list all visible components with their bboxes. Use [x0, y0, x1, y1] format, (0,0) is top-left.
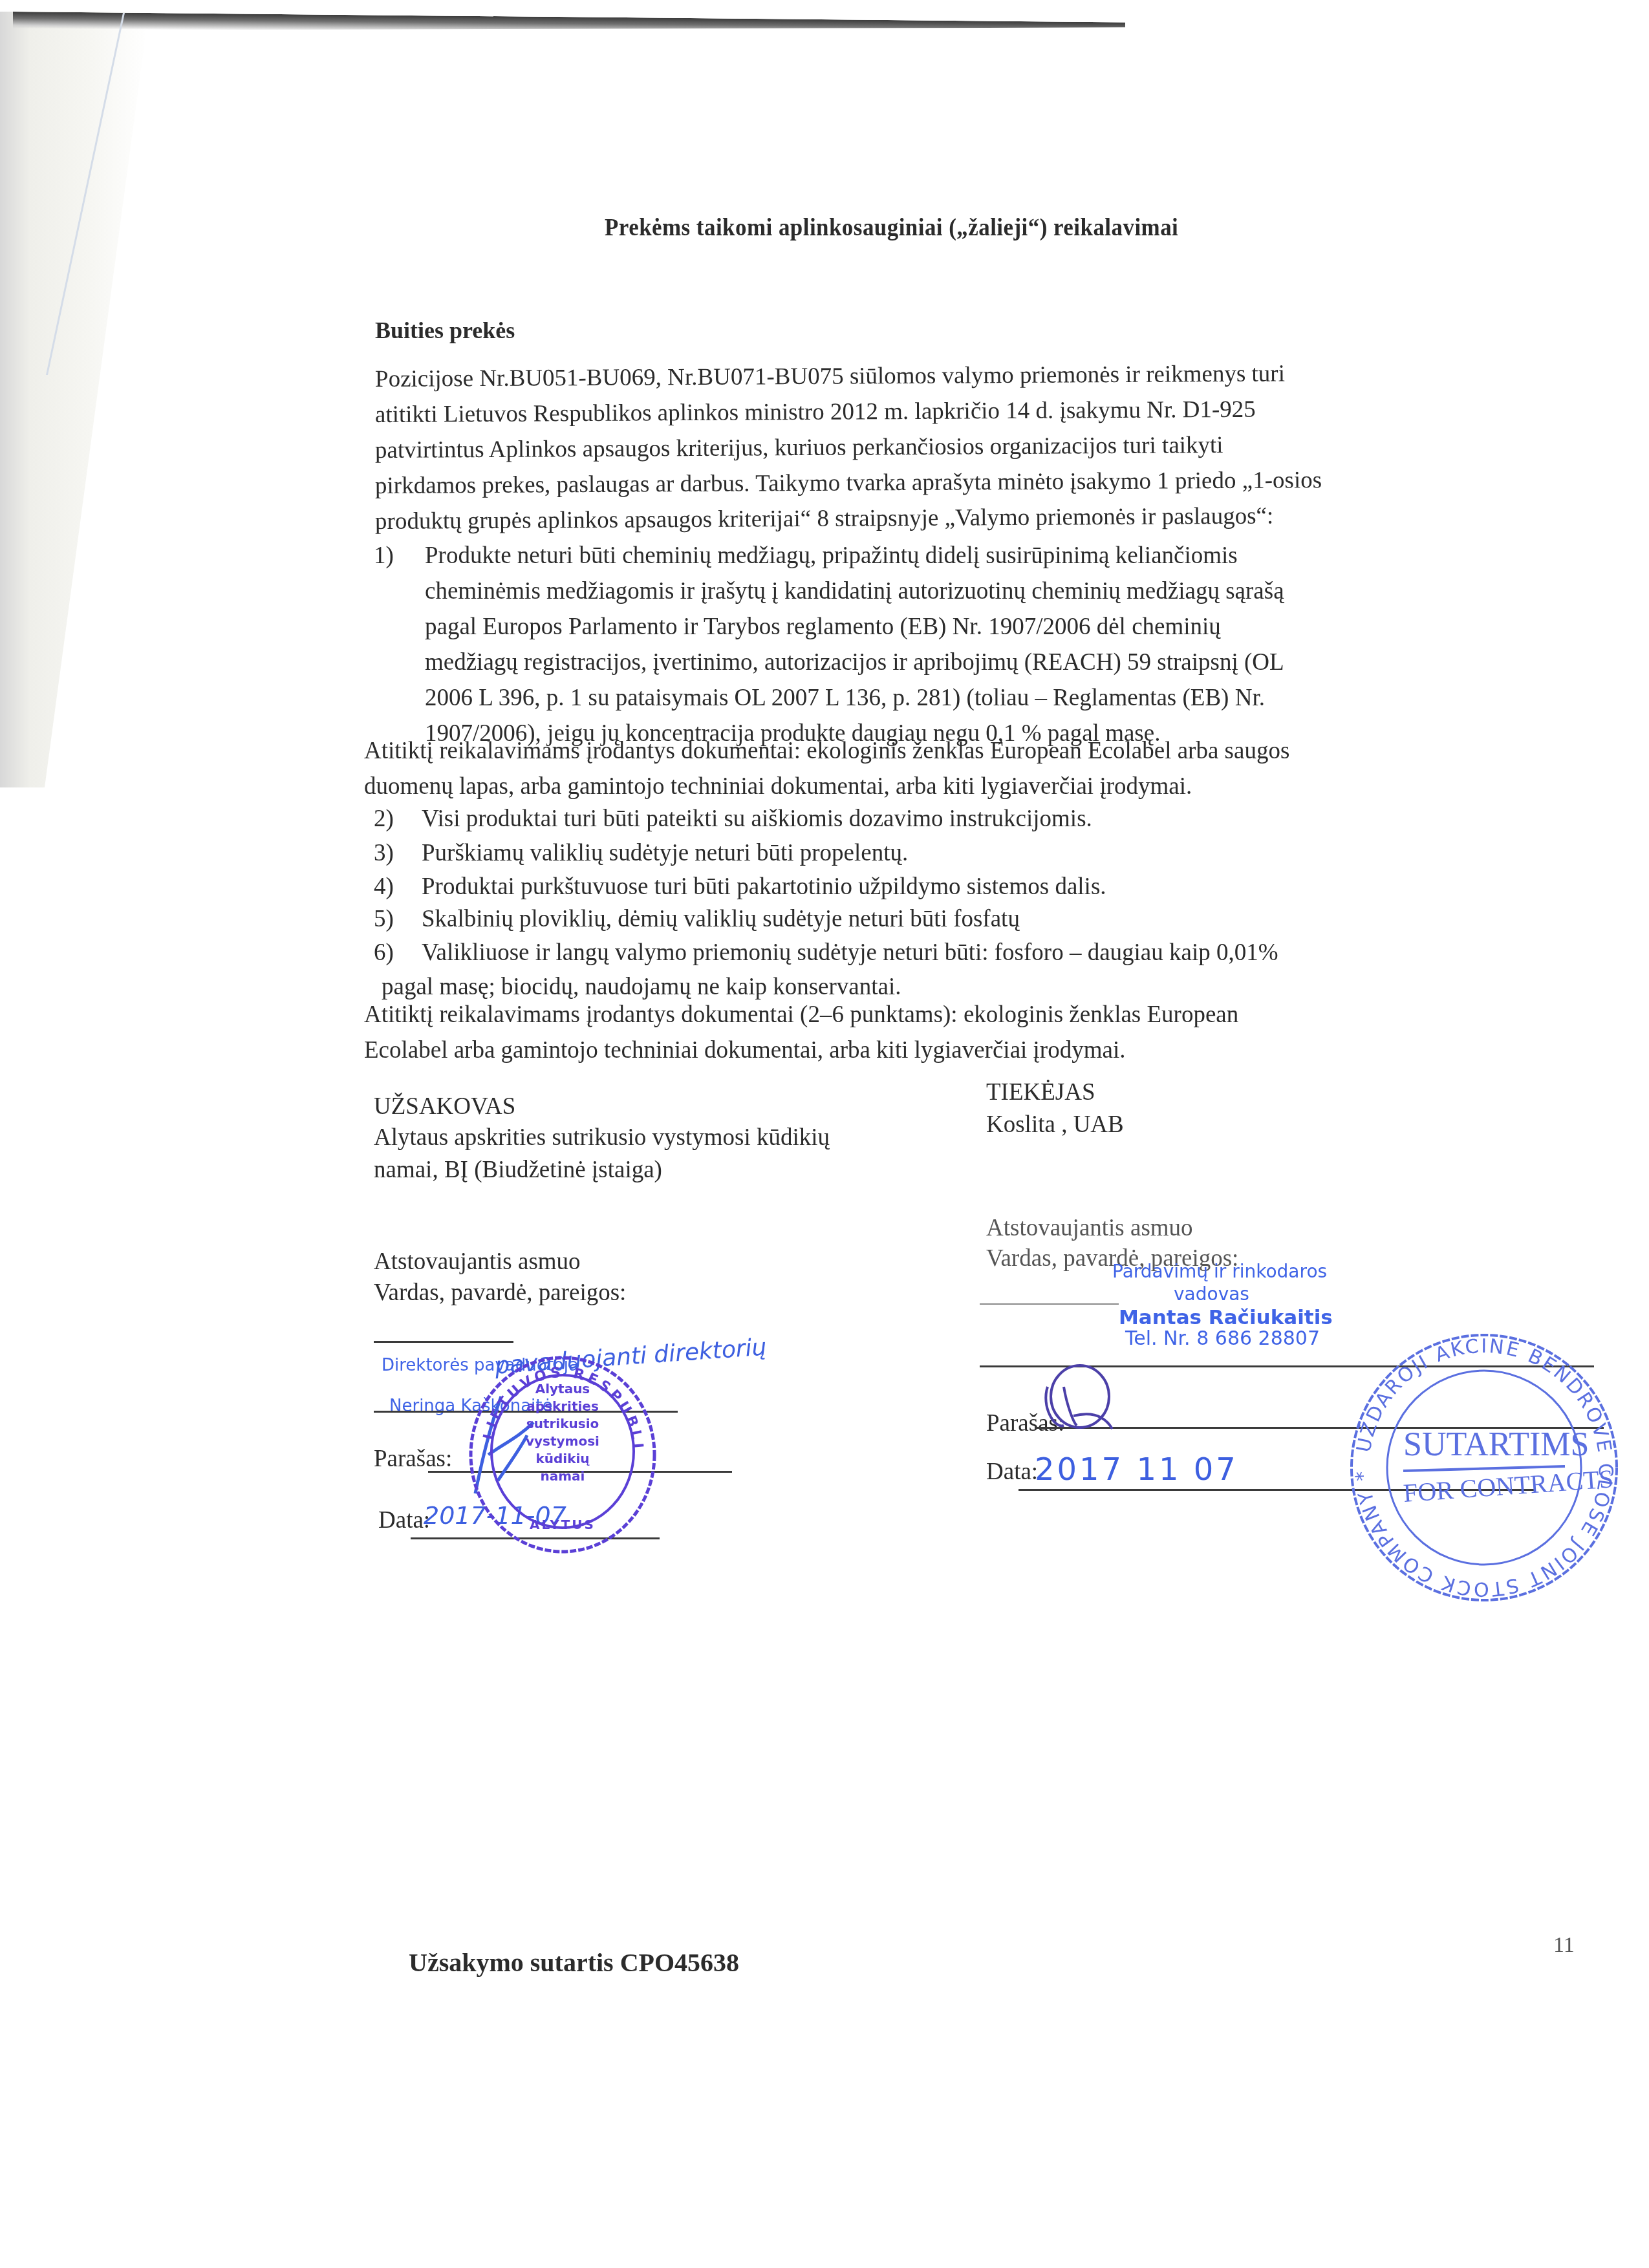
list-number: 4) [374, 873, 394, 901]
text-line: medžiagų registracijos, įvertinimo, auto… [425, 648, 1284, 676]
text-line: Visi produktai turi būti pateikti su aiš… [422, 805, 1092, 833]
list-number: 2) [374, 805, 394, 833]
text-line: produktų grupės aplinkos apsaugos kriter… [375, 502, 1274, 535]
stamp-inner-text: Alytaus apskrities sutrikusio vystymosi … [514, 1380, 611, 1485]
date-label: Data: [986, 1458, 1038, 1486]
text-line: patvirtintus Aplinkos apsaugos kriteriju… [375, 431, 1223, 464]
list-number: 5) [374, 905, 394, 933]
printed-name: Mantas Račiukaitis [1119, 1306, 1333, 1329]
text-line: Atitiktį reikalavimams įrodantys dokumen… [364, 737, 1289, 765]
signature-label: Parašas: [374, 1445, 452, 1473]
customer-role: UŽSAKOVAS [374, 1093, 515, 1120]
customer-stamp: LIETUVOS RESPUBLIKA ALYTUS Alytaus apskr… [466, 1354, 660, 1555]
supplier-role: TIEKĖJAS [986, 1078, 1095, 1106]
text-line: atitikti Lietuvos Respublikos aplinkos m… [375, 396, 1256, 429]
printed-phone: Tel. Nr. 8 686 28807 [1125, 1327, 1320, 1350]
printed-title: vadovas [1174, 1283, 1249, 1305]
name-line [980, 1303, 1119, 1305]
rep-label: Atstovaujantis asmuo [986, 1214, 1193, 1242]
page-title: Prekėms taikomi aplinkosauginiai („žalie… [605, 213, 1178, 242]
text-line: pagal masę; biocidų, naudojamų ne kaip k… [382, 973, 901, 1001]
list-number: 1) [374, 542, 394, 570]
text-line: Skalbinių ploviklių, dėmių valiklių sudė… [422, 905, 1020, 933]
date-label: Data: [378, 1506, 430, 1534]
scan-top-shadow [13, 12, 1125, 39]
svg-text:ALYTUS: ALYTUS [530, 1517, 596, 1532]
customer-org: Alytaus apskrities sutrikusio vystymosi … [374, 1124, 830, 1151]
text-line: Ecolabel arba gamintojo techniniai dokum… [364, 1036, 1125, 1064]
customer-org: namai, BĮ (Biudžetinė įstaiga) [374, 1156, 662, 1184]
list-number: 3) [374, 839, 394, 867]
text-line: pirkdamos prekes, paslaugas ar darbus. T… [375, 466, 1322, 500]
list-number: 6) [374, 939, 394, 967]
contract-footer: Užsakymo sutartis CPO45638 [409, 1947, 739, 1978]
text-line: Valikliuose ir langų valymo priemonių su… [422, 939, 1278, 967]
rep-label: Atstovaujantis asmuo [374, 1248, 581, 1276]
text-line: Pozicijose Nr.BU051-BU069, Nr.BU071-BU07… [375, 359, 1285, 393]
text-line: Produktai purkštuvuose turi būti pakarto… [422, 873, 1106, 901]
scan-edge-shadow [0, 12, 149, 787]
printed-title: Pardavimų ir rinkodaros [1112, 1261, 1327, 1282]
text-line: Atitiktį reikalavimams įrodantys dokumen… [364, 1001, 1238, 1029]
text-line: pagal Europos Parlamento ir Tarybos regl… [425, 613, 1221, 641]
stamp-center-top: SUTARTIMS [1403, 1426, 1589, 1464]
handwritten-signature [1038, 1361, 1115, 1439]
page-number: 11 [1553, 1933, 1575, 1958]
text-line: 2006 L 396, p. 1 su pataisymais OL 2007 … [425, 684, 1265, 712]
section-heading: Buities prekės [375, 317, 515, 344]
name-line [374, 1341, 513, 1343]
supplier-stamp: UŽDAROJI AKCINĖ BENDROVĖ CLOSE JOINT STO… [1342, 1325, 1626, 1610]
name-label: Vardas, pavardė, pareigos: [374, 1279, 626, 1307]
text-line: Produkte neturi būti cheminių medžiagų, … [425, 542, 1238, 570]
text-line: Purškiamų valiklių sudėtyje neturi būti … [422, 839, 908, 867]
text-line: duomenų lapas, arba gamintojo techniniai… [364, 773, 1192, 800]
text-line: cheminėmis medžiagomis ir įrašytų į kand… [425, 577, 1284, 605]
supplier-org: Koslita , UAB [986, 1111, 1124, 1139]
handwritten-date: 2017 11 07 [1035, 1451, 1238, 1488]
